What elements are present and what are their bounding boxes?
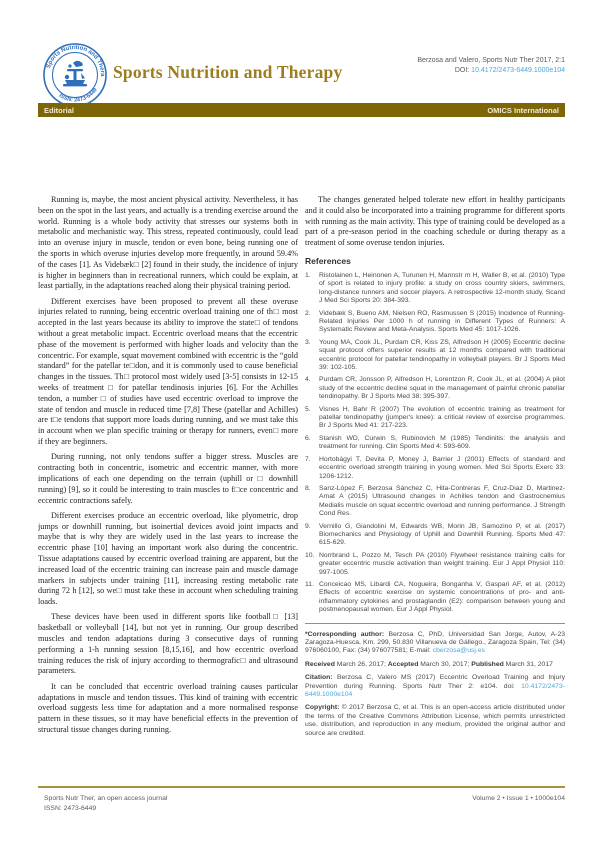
citation-block: Citation: Berzosa C, Valero MS (2017) Ec… xyxy=(305,674,565,699)
doi-label: DOI: xyxy=(455,67,471,74)
reference-item: Young MA, Cook JL, Purdam CR, Kiss ZS, A… xyxy=(305,339,565,373)
body-paragraph: Different exercises have been proposed t… xyxy=(38,297,298,448)
doi-link[interactable]: 10.4172/2473-6449.1000e104 xyxy=(471,67,565,74)
reference-item: Conceicao MS, Libardi CA, Nogueira, Bong… xyxy=(305,581,565,615)
footer-issn-line: ISSN: 2473-6449 xyxy=(44,804,167,814)
body-paragraph: These devices have been used in differen… xyxy=(38,612,298,677)
reference-item: Hortobágyi T, Devita P, Money J, Barrier… xyxy=(305,456,565,481)
publisher-label: OMICS International xyxy=(487,106,559,115)
footer-volume-line: Volume 2 • Issue 1 • 1000e104 xyxy=(472,794,565,813)
article-type-bar: Editorial OMICS International xyxy=(38,103,565,117)
footer-left: Sports Nutr Ther, an open access journal… xyxy=(44,794,167,813)
corresponding-author-label: *Corresponding author: xyxy=(305,631,384,638)
body-paragraph: Running is, maybe, the most ancient phys… xyxy=(38,195,298,292)
journal-title: Sports Nutrition and Therapy xyxy=(113,62,342,83)
journal-page: Sports Nutrition and Therapy ISSN: 2473-… xyxy=(0,0,595,841)
dates-block: Received March 26, 2017; Accepted March … xyxy=(305,661,565,669)
accepted-label: Accepted xyxy=(388,661,419,668)
copyright-text: © 2017 Berzosa C, et al. This is an open… xyxy=(305,704,565,736)
header-citation-line: Berzosa and Valero, Sports Nutr Ther 201… xyxy=(417,56,565,66)
reference-item: Stanish WD, Curwin S, Rubinovich M (1985… xyxy=(305,435,565,452)
body-paragraph: During running, not only tendons suffer … xyxy=(38,452,298,506)
article-type-label: Editorial xyxy=(44,106,74,115)
footer-journal-line: Sports Nutr Ther, an open access journal xyxy=(44,794,167,804)
reference-item: Norrbrand L, Pozzo M, Tesch PA (2010) Fl… xyxy=(305,552,565,577)
journal-logo: Sports Nutrition and Therapy ISSN: 2473-… xyxy=(43,43,107,107)
received-label: Received xyxy=(305,661,335,668)
published-date: March 31, 2017 xyxy=(504,661,553,668)
references-heading: References xyxy=(305,256,565,266)
body-paragraph: Different exercises produce an eccentric… xyxy=(38,511,298,608)
header-citation-block: Berzosa and Valero, Sports Nutr Ther 201… xyxy=(417,56,565,75)
citation-label: Citation: xyxy=(305,674,337,681)
reference-item: Ristolainen L, Heinonen A, Turunen H, Ma… xyxy=(305,272,565,306)
footer-rule xyxy=(38,786,565,788)
author-info-divider xyxy=(305,623,565,624)
accepted-date: March 30, 2017; xyxy=(418,661,471,668)
copyright-label: Copyright: xyxy=(305,704,342,711)
footer: Sports Nutr Ther, an open access journal… xyxy=(44,794,565,813)
references-list: Ristolainen L, Heinonen A, Turunen H, Ma… xyxy=(305,272,565,615)
published-label: Published xyxy=(471,661,503,668)
reference-item: Visnes H, Bahr R (2007) The evolution of… xyxy=(305,406,565,431)
body-paragraph: It can be concluded that eccentric overl… xyxy=(38,682,298,736)
reference-item: Videbæk S, Bueno AM, Nielsen RO, Rasmuss… xyxy=(305,310,565,335)
received-date: March 26, 2017; xyxy=(335,661,388,668)
email-link[interactable]: cberzosa@usj.es xyxy=(433,647,485,654)
left-column: Running is, maybe, the most ancient phys… xyxy=(38,195,298,783)
body-paragraph: The changes generated helped tolerate ne… xyxy=(305,195,565,249)
reference-item: Sanz-López F, Berzosa Sánchez C, Hita-Co… xyxy=(305,485,565,519)
body-columns: Running is, maybe, the most ancient phys… xyxy=(38,195,565,783)
reference-item: Purdam CR, Jonsson P, Alfredson H, Loren… xyxy=(305,376,565,401)
journal-logo-svg: Sports Nutrition and Therapy ISSN: 2473-… xyxy=(43,43,107,107)
corresponding-author-block: *Corresponding author: Berzosa C, PhD, U… xyxy=(305,631,565,656)
reference-item: Vernillo G, Giandolini M, Edwards WB, Mo… xyxy=(305,523,565,548)
right-column: The changes generated helped tolerate ne… xyxy=(305,195,565,783)
header-doi-line: DOI: 10.4172/2473-6449.1000e104 xyxy=(417,66,565,76)
copyright-block: Copyright: © 2017 Berzosa C, et al. This… xyxy=(305,704,565,738)
